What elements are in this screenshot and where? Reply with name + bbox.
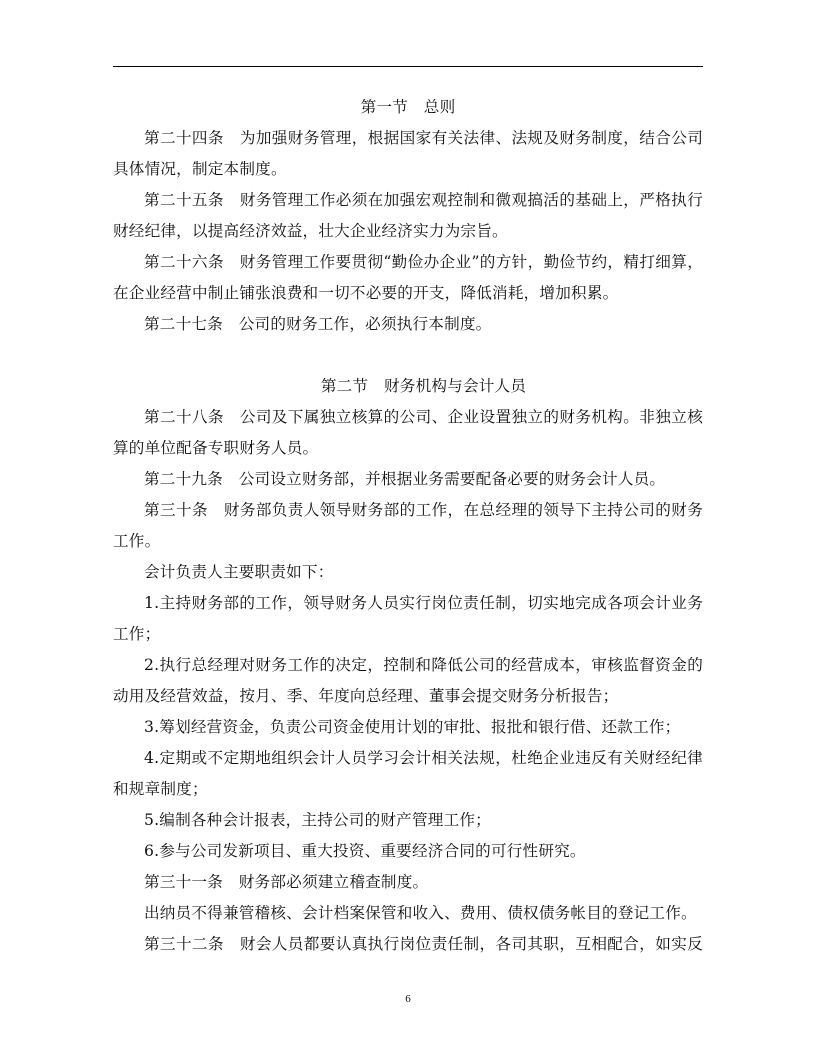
paragraph-line: 第二十七条 公司的财务工作，必须执行本制度。 [113, 309, 703, 340]
article-25: 第二十五条 财务管理工作必须在加强宏观控制和微观搞活的基础上，严格执行 财经纪律… [113, 185, 703, 247]
paragraph-line: 4.定期或不定期地组织会计人员学习会计相关法规，杜绝企业违反有关财经纪律 [113, 743, 703, 774]
paragraph-line: 第三十一条 财务部必须建立稽查制度。 [113, 867, 703, 898]
paragraph-line: 2.执行总经理对财务工作的决定，控制和降低公司的经营成本，审核监督资金的 [113, 650, 703, 681]
paragraph-line: 财经纪律，以提高经济效益，壮大企业经济实力为宗旨。 [113, 216, 703, 247]
paragraph-line: 第二十六条 财务管理工作要贯彻“勤俭办企业”的方针，勤俭节约，精打细算， [113, 247, 703, 278]
duty-item-5: 5.编制各种会计报表，主持公司的财产管理工作； [113, 805, 703, 836]
duties-intro: 会计负责人主要职责如下： [113, 557, 703, 588]
section-spacer [113, 340, 703, 371]
paragraph-line: 5.编制各种会计报表，主持公司的财产管理工作； [113, 805, 703, 836]
article-31: 第三十一条 财务部必须建立稽查制度。 [113, 867, 703, 898]
paragraph-line: 具体情况，制定本制度。 [113, 154, 703, 185]
duty-item-2: 2.执行总经理对财务工作的决定，控制和降低公司的经营成本，审核监督资金的 动用及… [113, 650, 703, 712]
page-content: 第一节 总则 第二十四条 为加强财务管理，根据国家有关法律、法规及财务制度，结合… [113, 92, 703, 960]
paragraph-line: 工作； [113, 619, 703, 650]
page-number: 6 [0, 993, 816, 1005]
paragraph-line: 动用及经营效益，按月、季、年度向总经理、董事会提交财务分析报告； [113, 681, 703, 712]
paragraph-line: 第二十八条 公司及下属独立核算的公司、企业设置独立的财务机构。非独立核 [113, 402, 703, 433]
paragraph-line: 1.主持财务部的工作，领导财务人员实行岗位责任制，切实地完成各项会计业务 [113, 588, 703, 619]
article-28: 第二十八条 公司及下属独立核算的公司、企业设置独立的财务机构。非独立核 算的单位… [113, 402, 703, 464]
paragraph-line: 出纳员不得兼管稽核、会计档案保管和收入、费用、债权债务帐目的登记工作。 [113, 898, 703, 929]
article-27: 第二十七条 公司的财务工作，必须执行本制度。 [113, 309, 703, 340]
section-title: 第二节 财务机构与会计人员 [113, 371, 703, 402]
paragraph-line: 第三十条 财务部负责人领导财务部的工作，在总经理的领导下主持公司的财务 [113, 495, 703, 526]
paragraph-line: 第三十二条 财会人员都要认真执行岗位责任制，各司其职，互相配合，如实反 [113, 929, 703, 960]
paragraph-line: 会计负责人主要职责如下： [113, 557, 703, 588]
paragraph-line: 和规章制度； [113, 774, 703, 805]
paragraph-line: 第二十五条 财务管理工作必须在加强宏观控制和微观搞活的基础上，严格执行 [113, 185, 703, 216]
duty-item-3: 3.筹划经营资金，负责公司资金使用计划的审批、报批和银行借、还款工作； [113, 712, 703, 743]
paragraph-line: 3.筹划经营资金，负责公司资金使用计划的审批、报批和银行借、还款工作； [113, 712, 703, 743]
paragraph-line: 6.参与公司发新项目、重大投资、重要经济合同的可行性研究。 [113, 836, 703, 867]
cashier-rule: 出纳员不得兼管稽核、会计档案保管和收入、费用、债权债务帐目的登记工作。 [113, 898, 703, 929]
article-32: 第三十二条 财会人员都要认真执行岗位责任制，各司其职，互相配合，如实反 [113, 929, 703, 960]
article-29: 第二十九条 公司设立财务部，并根据业务需要配备必要的财务会计人员。 [113, 464, 703, 495]
document-page: 第一节 总则 第二十四条 为加强财务管理，根据国家有关法律、法规及财务制度，结合… [0, 0, 816, 1056]
article-26: 第二十六条 财务管理工作要贯彻“勤俭办企业”的方针，勤俭节约，精打细算， 在企业… [113, 247, 703, 309]
paragraph-line: 第二十四条 为加强财务管理，根据国家有关法律、法规及财务制度，结合公司 [113, 123, 703, 154]
duty-item-1: 1.主持财务部的工作，领导财务人员实行岗位责任制，切实地完成各项会计业务 工作； [113, 588, 703, 650]
header-rule [113, 66, 703, 67]
section-title: 第一节 总则 [113, 92, 703, 123]
article-24: 第二十四条 为加强财务管理，根据国家有关法律、法规及财务制度，结合公司 具体情况… [113, 123, 703, 185]
duty-item-4: 4.定期或不定期地组织会计人员学习会计相关法规，杜绝企业违反有关财经纪律 和规章… [113, 743, 703, 805]
duty-item-6: 6.参与公司发新项目、重大投资、重要经济合同的可行性研究。 [113, 836, 703, 867]
paragraph-line: 算的单位配备专职财务人员。 [113, 433, 703, 464]
paragraph-line: 第二十九条 公司设立财务部，并根据业务需要配备必要的财务会计人员。 [113, 464, 703, 495]
paragraph-line: 工作。 [113, 526, 703, 557]
article-30: 第三十条 财务部负责人领导财务部的工作，在总经理的领导下主持公司的财务 工作。 [113, 495, 703, 557]
paragraph-line: 在企业经营中制止铺张浪费和一切不必要的开支，降低消耗，增加积累。 [113, 278, 703, 309]
